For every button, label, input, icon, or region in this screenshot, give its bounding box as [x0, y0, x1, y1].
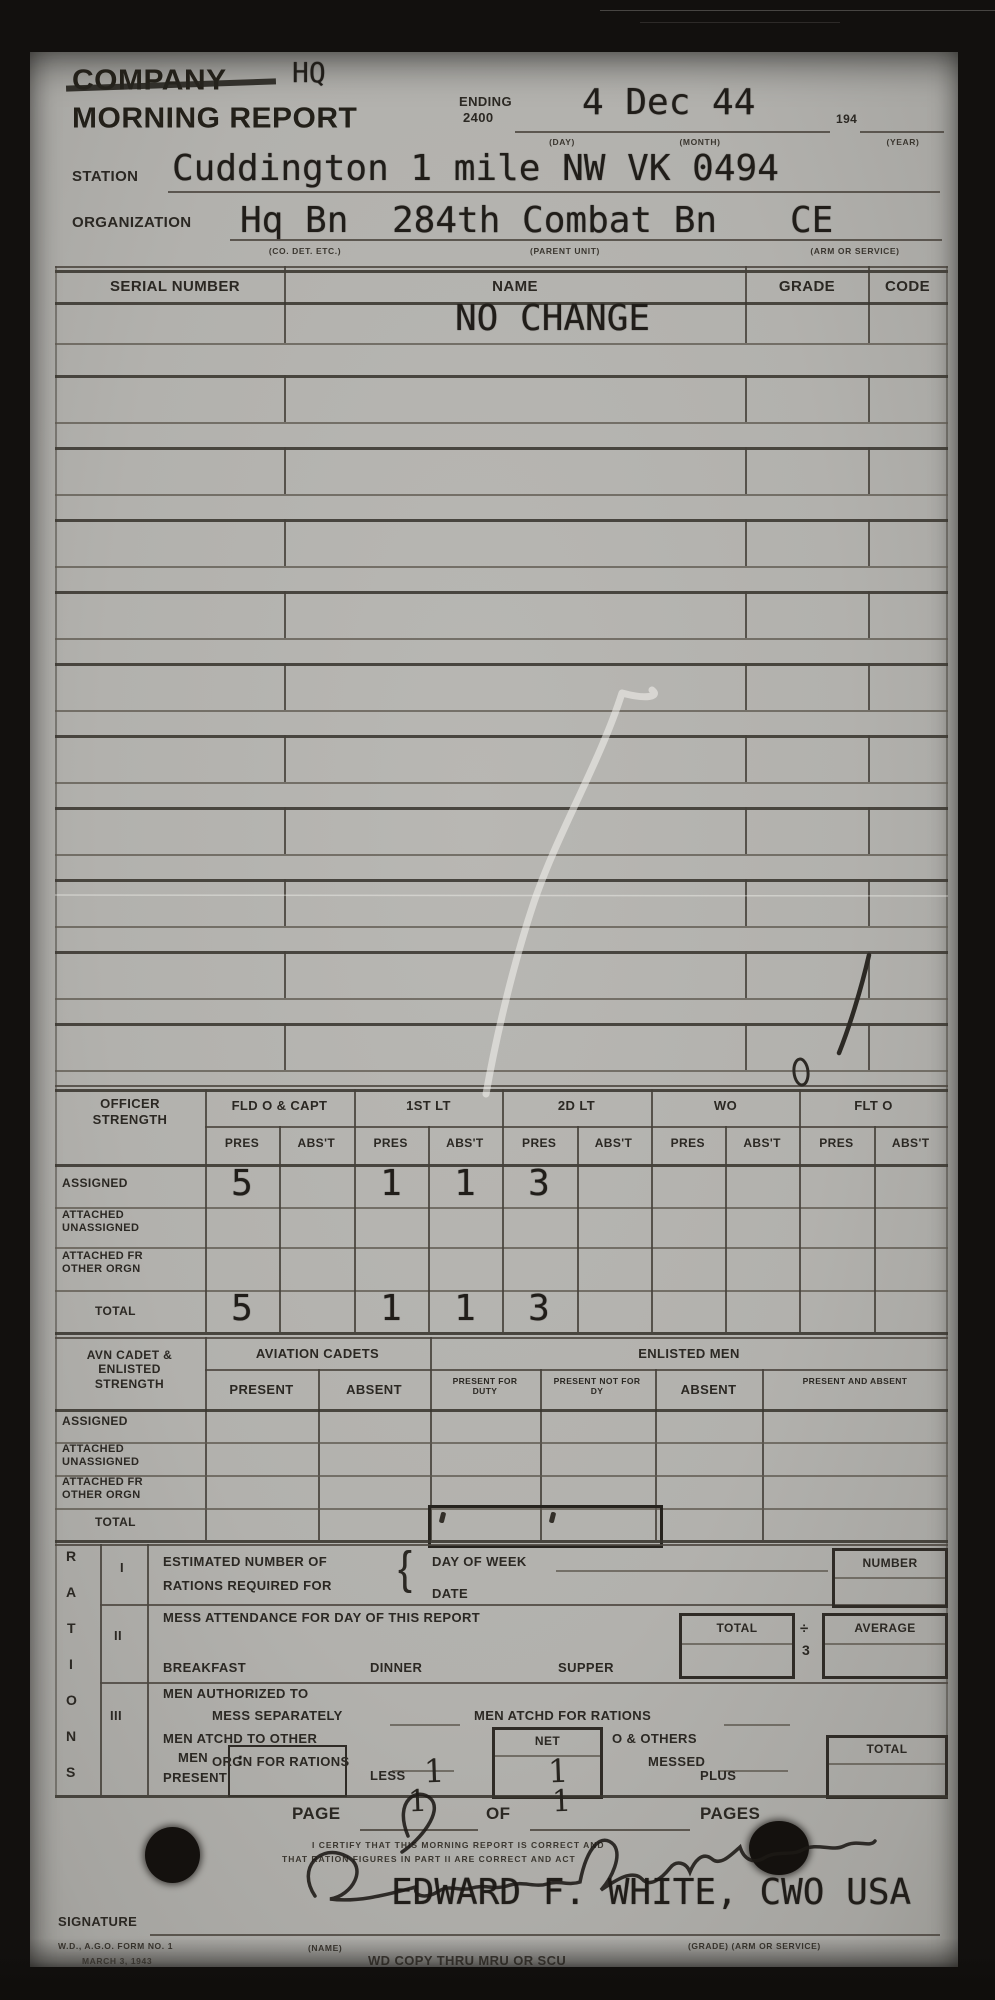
officer-total-1stlt-pres: 1 [354, 1288, 428, 1329]
grid-line [284, 447, 286, 494]
rule [55, 566, 948, 568]
film-scratch [600, 10, 995, 11]
average-box: AVERAGE [822, 1613, 948, 1679]
mess-total-box: TOTAL [679, 1613, 795, 1679]
colon-mark: : [235, 1749, 246, 1770]
rations-letter-s: S [66, 1764, 76, 1780]
rule [835, 1577, 945, 1579]
organization-underline [230, 239, 942, 241]
rule [55, 1085, 948, 1087]
wd-copy-note: WD COPY THRU MRU OR SCU [368, 1953, 566, 1968]
rations-letter-t: T [67, 1620, 76, 1636]
plus-label: PLUS [700, 1768, 736, 1783]
signature-label: SIGNATURE [58, 1914, 137, 1929]
roster-entry: NO CHANGE [455, 298, 650, 339]
rule [55, 998, 948, 1000]
grid-line [284, 879, 286, 926]
handwritten-less-value: 1 [423, 1752, 445, 1791]
present-label: PRESENT [163, 1770, 227, 1785]
net-box-label: NET [495, 1734, 600, 1748]
rations-letter-n: N [66, 1728, 77, 1744]
grid-line [284, 951, 286, 998]
rule [55, 710, 948, 712]
rule [55, 591, 948, 594]
org-parent-value: 284th Combat Bn [392, 200, 717, 241]
rule [55, 735, 948, 738]
ending-time: 2400 [463, 110, 494, 125]
ending-label: ENDING [459, 94, 512, 109]
grid-line [502, 1089, 504, 1126]
officer-row-label-total: TOTAL [95, 1304, 136, 1318]
company-value: HQ [292, 56, 326, 89]
fill-in-line [556, 1570, 828, 1572]
year-underline [860, 131, 944, 133]
rule [55, 447, 948, 450]
number-box: NUMBER [832, 1548, 948, 1608]
handwritten-pages-number: 1 [551, 1784, 571, 1820]
organization-label: ORGANIZATION [72, 214, 192, 231]
rations-numeral-3: III [110, 1708, 122, 1723]
grid-line [868, 1023, 870, 1070]
report-date: 4 Dec 44 [582, 82, 755, 123]
rations-letter-r: R [66, 1548, 77, 1564]
rule [55, 266, 948, 268]
grid-line [279, 1126, 281, 1332]
mess-attendance-label: MESS ATTENDANCE FOR DAY OF THIS REPORT [163, 1610, 480, 1625]
officer-total-2dlt-pres: 3 [502, 1288, 576, 1329]
enlisted-col-absent: ABSENT [657, 1382, 760, 1397]
grid-line [868, 807, 870, 854]
rule [55, 1023, 948, 1026]
rule [55, 343, 948, 345]
certification-line2: THAT RATION FIGURES IN PART II ARE CORRE… [282, 1854, 576, 1864]
org-unit-value: Hq Bn [240, 200, 348, 241]
grid-line [799, 1126, 801, 1332]
rations-day-of-week-label: DAY OF WEEK [432, 1554, 527, 1569]
fill-in-line [724, 1724, 790, 1726]
enlisted-col-present-not-for-dy: PRESENT NOT FOR DY [548, 1376, 646, 1396]
supper-label: SUPPER [558, 1660, 614, 1675]
grid-line [100, 1544, 102, 1795]
rations-letter-a: A [66, 1584, 77, 1600]
enlisted-row-label-assigned: ASSIGNED [62, 1414, 128, 1428]
brace-glyph: { [398, 1542, 412, 1595]
grid-line [651, 1089, 653, 1126]
mess-total-label: TOTAL [682, 1621, 792, 1635]
column-header-name: NAME [400, 278, 630, 295]
o-and-others-label: O & OTHERS [612, 1731, 697, 1746]
dinner-label: DINNER [370, 1660, 422, 1675]
rule [100, 1682, 948, 1684]
rule [55, 1070, 948, 1072]
film-scratch [640, 22, 840, 23]
breakfast-label: BREAKFAST [163, 1660, 246, 1675]
rule [55, 782, 948, 784]
enlisted-col-present: PRESENT [207, 1382, 316, 1397]
rule [55, 854, 948, 856]
grid-line [205, 1089, 207, 1126]
rule [205, 1369, 948, 1371]
month-sublabel: (MONTH) [655, 137, 745, 147]
grade-arm-sublabel: (GRADE) (ARM OR SERVICE) [688, 1941, 821, 1951]
grid-line [745, 591, 747, 638]
men-atchd-other-label: MEN ATCHD TO OTHER [163, 1731, 317, 1746]
officer-assigned-fldo-pres: 5 [205, 1163, 279, 1204]
rations-date-label: DATE [432, 1586, 468, 1601]
officer-subheader-pres: PRES [799, 1136, 873, 1150]
officer-assigned-1stlt-pres: 1 [354, 1163, 428, 1204]
grid-line [354, 1126, 356, 1332]
enlisted-row-label-attached-unassigned: ATTACHED UNASSIGNED [62, 1443, 172, 1469]
grid-line [354, 1089, 356, 1126]
rule [55, 1337, 948, 1339]
org-parent-sublabel: (PARENT UNIT) [505, 246, 625, 256]
rations-estimated-line2: RATIONS REQUIRED FOR [163, 1578, 332, 1593]
page-line [360, 1829, 478, 1831]
scanned-morning-report: COMPANY HQ MORNING REPORT ENDING 2400 4 … [0, 0, 995, 2000]
rule [55, 926, 948, 928]
column-header-serial: SERIAL NUMBER [75, 278, 275, 295]
day-sublabel: (DAY) [522, 137, 602, 147]
grid-line [874, 1126, 876, 1332]
handwritten-page-number: 1 [407, 1784, 427, 1820]
divisor: 3 [802, 1642, 810, 1658]
grid-line [205, 1126, 207, 1332]
rule [55, 1544, 948, 1546]
grid-line [745, 519, 747, 566]
signed-name-typed: EDWARD F. WHITE, CWO USA [391, 1872, 911, 1913]
officer-assigned-2dlt-pres: 3 [502, 1163, 576, 1204]
enlisted-stub-label: AVN CADET & ENLISTED STRENGTH [62, 1348, 197, 1391]
officer-row-label-assigned: ASSIGNED [62, 1176, 128, 1190]
officer-group-flto: FLT O [801, 1098, 946, 1113]
grid-line [868, 951, 870, 998]
of-label: OF [486, 1804, 510, 1824]
grid-line [428, 1126, 430, 1332]
grid-line [284, 591, 286, 638]
rule [829, 1763, 945, 1765]
rations-numeral-2: II [114, 1628, 122, 1643]
number-box-label: NUMBER [835, 1556, 945, 1570]
enlisted-group-enlisted: ENLISTED MEN [432, 1346, 946, 1361]
rations-total-box: TOTAL [826, 1735, 948, 1799]
enlisted-col-absent-cadets: ABSENT [320, 1382, 428, 1397]
rule [100, 1604, 948, 1606]
rule [55, 638, 948, 640]
grid-line [745, 879, 747, 926]
signature-line [150, 1934, 940, 1936]
fill-in-line [390, 1724, 460, 1726]
punch-hole-left [145, 1827, 200, 1883]
average-box-label: AVERAGE [825, 1621, 945, 1635]
officer-row-label-attached-unassigned: ATTACHED UNASSIGNED [62, 1209, 172, 1235]
officer-group-fldo: FLD O & CAPT [207, 1098, 352, 1113]
enlisted-row-label-total: TOTAL [95, 1515, 136, 1529]
grid-line [284, 375, 286, 422]
grid-line [868, 519, 870, 566]
officer-total-1stlt-abst: 1 [428, 1288, 502, 1329]
grid-line [745, 375, 747, 422]
divide-sign: ÷ [800, 1620, 809, 1637]
rations-numeral-1: I [120, 1560, 124, 1575]
form-title: MORNING REPORT [72, 103, 357, 135]
year-prefix: 194 [836, 112, 857, 126]
rations-letter-i: I [69, 1656, 73, 1672]
rule [55, 519, 948, 522]
grid-line [284, 735, 286, 782]
officer-subheader-pres: PRES [205, 1136, 279, 1150]
rule [55, 1795, 948, 1798]
rations-estimated-line1: ESTIMATED NUMBER OF [163, 1554, 327, 1569]
grid-line [745, 663, 747, 710]
officer-stub-label: OFFICER STRENGTH [70, 1096, 190, 1127]
officer-group-1stlt: 1ST LT [356, 1098, 501, 1113]
rations-total-label: TOTAL [829, 1742, 945, 1756]
grid-line [799, 1089, 801, 1126]
form-date: MARCH 3, 1943 [82, 1956, 152, 1966]
grid-line [745, 1023, 747, 1070]
pages-label: PAGES [700, 1804, 760, 1824]
form-number: W.D., A.G.O. FORM NO. 1 [58, 1941, 173, 1951]
station-underline [168, 191, 940, 193]
date-underline [515, 131, 830, 133]
rule [55, 270, 948, 273]
grid-line [284, 519, 286, 566]
less-label: LESS [370, 1768, 406, 1783]
grid-line [502, 1126, 504, 1332]
punch-hole-right [749, 1821, 809, 1875]
rule [825, 1643, 945, 1645]
men-authorized-label: MEN AUTHORIZED TO [163, 1686, 308, 1701]
grid-line [651, 1126, 653, 1332]
rule [55, 663, 948, 666]
officer-row-label-attached-fr: ATTACHED FR OTHER ORGN [62, 1250, 172, 1276]
grid-line [868, 447, 870, 494]
grid-line [868, 375, 870, 422]
grid-line [762, 1369, 764, 1540]
men-atchd-for-rations-label: MEN ATCHD FOR RATIONS [474, 1708, 651, 1723]
rule [55, 1475, 948, 1477]
officer-total-fldo-pres: 5 [205, 1288, 279, 1329]
org-arm-value: CE [790, 200, 833, 241]
grid-line [868, 663, 870, 710]
grid-line [284, 1023, 286, 1070]
rule [55, 1540, 948, 1543]
grid-line [868, 591, 870, 638]
officer-assigned-1stlt-abst: 1 [428, 1163, 502, 1204]
mess-separately-label: MESS SEPARATELY [212, 1708, 343, 1723]
officer-subheader-abst: ABS'T [577, 1136, 651, 1150]
enlisted-col-present-and-absent: PRESENT AND ABSENT [800, 1376, 910, 1386]
page-label: PAGE [292, 1804, 341, 1824]
grid-line [147, 1544, 149, 1795]
enlisted-row-label-attached-fr: ATTACHED FR OTHER ORGN [62, 1476, 172, 1502]
grid-line [868, 879, 870, 926]
enlisted-col-present-for-duty: PRESENT FOR DUTY [440, 1376, 530, 1396]
men-label: MEN [178, 1750, 208, 1765]
rule [55, 375, 948, 378]
enlisted-group-cadets: AVIATION CADETS [207, 1346, 428, 1361]
column-header-code: CODE [870, 278, 945, 295]
officer-subheader-abst: ABS'T [279, 1136, 353, 1150]
station-label: STATION [72, 168, 138, 185]
messed-label: MESSED [648, 1754, 705, 1769]
rule [55, 1442, 948, 1444]
grid-line [745, 447, 747, 494]
paper-sheet [30, 52, 958, 1967]
grid-line [745, 735, 747, 782]
name-sublabel: (NAME) [308, 1943, 342, 1953]
grid-line [725, 1126, 727, 1332]
certification-line1: I CERTIFY THAT THIS MORNING REPORT IS CO… [312, 1840, 605, 1850]
org-unit-sublabel: (CO. DET. ETC.) [245, 246, 365, 256]
pages-line [530, 1829, 690, 1831]
rule [55, 879, 948, 882]
rule [55, 807, 948, 810]
rule [55, 422, 948, 424]
officer-subheader-pres: PRES [354, 1136, 428, 1150]
grid-line [577, 1126, 579, 1332]
org-arm-sublabel: (ARM OR SERVICE) [790, 246, 920, 256]
rule [55, 1409, 948, 1412]
officer-subheader-abst: ABS'T [428, 1136, 502, 1150]
officer-group-wo: WO [653, 1098, 798, 1113]
rule [682, 1643, 792, 1645]
column-header-grade: GRADE [752, 278, 862, 295]
grid-line [745, 951, 747, 998]
officer-subheader-abst: ABS'T [874, 1136, 948, 1150]
officer-subheader-pres: PRES [651, 1136, 725, 1150]
officer-subheader-abst: ABS'T [725, 1136, 799, 1150]
grid-line [284, 663, 286, 710]
rule [55, 494, 948, 496]
grid-line [868, 735, 870, 782]
rule [55, 951, 948, 954]
rations-letter-o: O [66, 1692, 77, 1708]
officer-group-2dlt: 2D LT [504, 1098, 649, 1113]
rule [55, 1332, 948, 1335]
grid-line [318, 1369, 320, 1540]
men-present-box: : [228, 1745, 347, 1797]
station-value: Cuddington 1 mile NW VK 0494 [172, 148, 779, 189]
grid-line [745, 807, 747, 854]
grid-line [284, 807, 286, 854]
year-sublabel: (YEAR) [867, 137, 939, 147]
officer-subheader-pres: PRES [502, 1136, 576, 1150]
